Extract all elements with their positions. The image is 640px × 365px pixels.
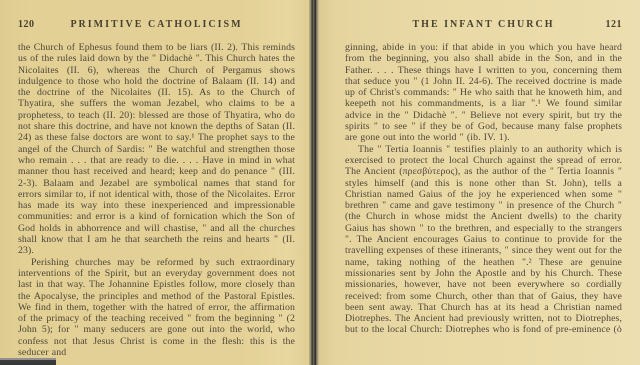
right-page-text: ginning, abide in you: if that abide in … — [345, 42, 622, 336]
paragraph: The " Tertia Ioannis " testifies plainly… — [345, 144, 622, 336]
left-running-head: PRIMITIVE CATHOLICISM — [18, 19, 295, 30]
book-spread: 120 PRIMITIVE CATHOLICISM the Church of … — [0, 0, 640, 365]
left-page-number: 120 — [18, 19, 35, 30]
right-running-head: THE INFANT CHURCH — [345, 19, 622, 30]
scan-artifact — [0, 358, 56, 365]
left-page: 120 PRIMITIVE CATHOLICISM the Church of … — [0, 0, 309, 365]
right-page-number: 121 — [606, 19, 623, 30]
left-page-text: the Church of Ephesus found them to be l… — [18, 42, 295, 358]
right-page: THE INFANT CHURCH 121 ginning, abide in … — [319, 0, 640, 365]
paragraph: ginning, abide in you: if that abide in … — [345, 42, 622, 144]
right-page-header: THE INFANT CHURCH 121 — [345, 19, 622, 32]
paragraph: Perishing churches may be reformed by su… — [18, 257, 295, 359]
page-gutter — [309, 0, 319, 365]
paragraph: the Church of Ephesus found them to be l… — [18, 42, 295, 257]
left-page-header: 120 PRIMITIVE CATHOLICISM — [18, 19, 295, 32]
